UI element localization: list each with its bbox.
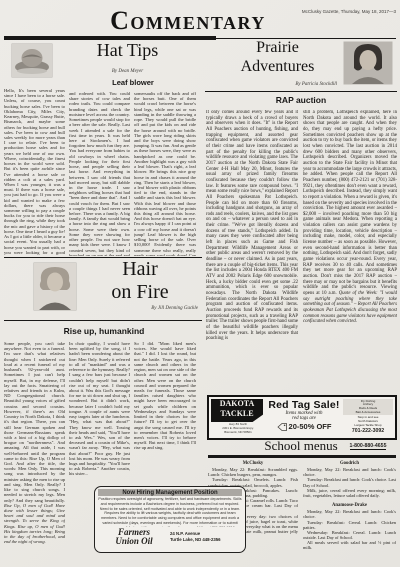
rap-column-2: still a problem, Lothspeich explained, h… [303,110,397,392]
woman-portrait-icon [34,263,76,310]
menu-entry: All meals served with salad bar and ½ pi… [303,540,396,550]
menu-column-right: Goodrich Monday, May 22: Breakfast and l… [303,459,396,563]
menu-entry: Wednesday: Breakfast: Cereal. Lunch: Lun… [303,530,396,540]
dakota-address-line3: Bismarck, ND 58501 [211,431,265,435]
school-menus-rule [208,455,396,458]
woman-portrait-icon [344,42,392,84]
hat-photo [12,44,52,77]
hair-byline: By Jill Denning Gackle [80,306,198,311]
discount-row: 20-50% OFF [268,422,340,431]
school-menus-title: School menus [205,438,397,454]
rise-up-headline: Rise up, humankind [4,326,204,336]
price-tag-icon [277,423,287,431]
prairie-byline: By Patricia Stockdill [215,82,337,87]
menu-entry: Milk, juice, cereal offered every mornin… [303,488,396,498]
hat-tips-column-3: somersaults off the back and off the hor… [134,91,196,256]
dakota-items: Fly Fishing Archery Rods & Reels Bait & … [343,399,393,415]
hair-rule-bottom [4,320,202,321]
hat-tips-column-2: and rodeoed with. You could share storie… [69,91,130,256]
dakota-phone-1: 701-222-3092 [343,428,393,434]
hiring-address-line2: Turtle Lake, ND 448-2356 [170,537,242,543]
rise-up-column-1-text: Some people, you can't take anywhere. No… [4,341,65,503]
hiring-ad-address: 24 N.P. Avenue Turtle Lake, ND 448-2356 [170,531,242,543]
dakota-logo: DAKOTA TACKLE [211,399,263,422]
red-tag-sub2: red tags are [268,416,340,421]
title-rule-thick [4,36,216,40]
cowboy-hat-icon [12,44,52,77]
rise-up-column-1: Some people, you can't take anywhere. No… [4,341,65,555]
newspaper-page: McClusky Gazette, Thursday, May 18, 2017… [0,0,400,567]
rap-column-1: It only comes around every few years and… [206,110,298,392]
prairie-title-line2: Adventures [215,57,340,76]
hiring-ad-header: Now Hiring Management Position [98,489,242,496]
hair-title-line1: Hair [80,258,200,281]
rap-auction-headline: RAP auction [205,95,397,105]
menu-school-name: Goodrich [303,461,396,466]
menu-entry: Monday, May 22: Breakfast and lunch: Coo… [303,509,396,519]
menu-school-name: McClusky [208,461,298,466]
menu-entry: Monday, May 22: Breakfast: Scrambled egg… [208,467,298,477]
leaf-blower-headline: Leaf blower [66,78,200,87]
quote-of-the-week: Quote of the Week: "I would say outright… [303,291,397,324]
dakota-logo-line2: TACKLE [211,409,263,419]
rise-up-column-3: So I did. "Mom liked men's voices. She w… [134,341,196,481]
menu-entry: Tuesday: Breakfast: Cereal. Lunch: Chick… [303,520,396,530]
dakota-right-block: Fly Fishing Archery Rods & Reels Bait & … [343,399,393,436]
jill-gackle-photo [34,263,76,310]
dakota-logo-line1: DAKOTA [211,399,263,409]
farmers-union-logo: Farmers Union Oil [98,528,170,546]
hiring-ad-body: Position requires oversight of agronomy,… [98,497,242,527]
hiring-ad-footer: Farmers Union Oil 24 N.P. Avenue Turtle … [98,528,242,546]
red-tag-sale-block: Red Tag Sale! Items marked with red tags… [268,399,340,436]
hiring-ad: Now Hiring Management Position Position … [94,486,246,553]
rap-column-2-text: still a problem, Lothspeich explained, h… [303,110,397,296]
section-title: Commentary [88,6,288,36]
dakota-tagline-3: Largest Tackle Shop [343,424,393,428]
dakota-logo-block: DAKOTA TACKLE Hwy 83 North 2301 E. Bisma… [211,399,265,436]
patricia-stockdill-photo [344,42,392,84]
menu-entry: Monday, May 22: Breakfast and lunch: Coo… [303,467,396,477]
discount-text: 20-50% OFF [289,422,332,431]
hat-tips-byline: By Dean Meyer [55,69,200,74]
farmers-union-logo-line2: Union Oil [98,537,170,546]
hat-tips-column-1: Hello, It's been several years since I h… [4,88,65,256]
menu-entry: Tuesday: Breakfast and lunch: Cook's cho… [303,477,396,487]
rise-up-column-2: In choir quality, I would have been upli… [69,341,130,481]
prairie-title: Prairie Adventures [215,38,340,76]
red-tag-sale-headline: Red Tag Sale! [268,399,340,411]
menu-school-name: Anamoose-Drake [303,503,396,508]
dakota-tagline: Stop in and see North Dakota's Largest T… [343,416,393,427]
hat-tips-title: Hat Tips [55,40,200,61]
prairie-rule [205,91,397,92]
hymn-verse: Rise Up, O men of God! Have done with le… [4,503,65,545]
dakota-address: Hwy 83 North 2301 E. Bismarck Expy. Bism… [211,423,265,435]
dakota-item-4: Bait & Accessories [343,411,393,415]
dakota-tackle-ad: DAKOTA TACKLE Hwy 83 North 2301 E. Bisma… [207,395,397,440]
hair-on-fire-title: Hair on Fire [80,258,200,304]
hair-title-line2: on Fire [80,281,200,304]
prairie-title-line1: Prairie [215,38,340,57]
